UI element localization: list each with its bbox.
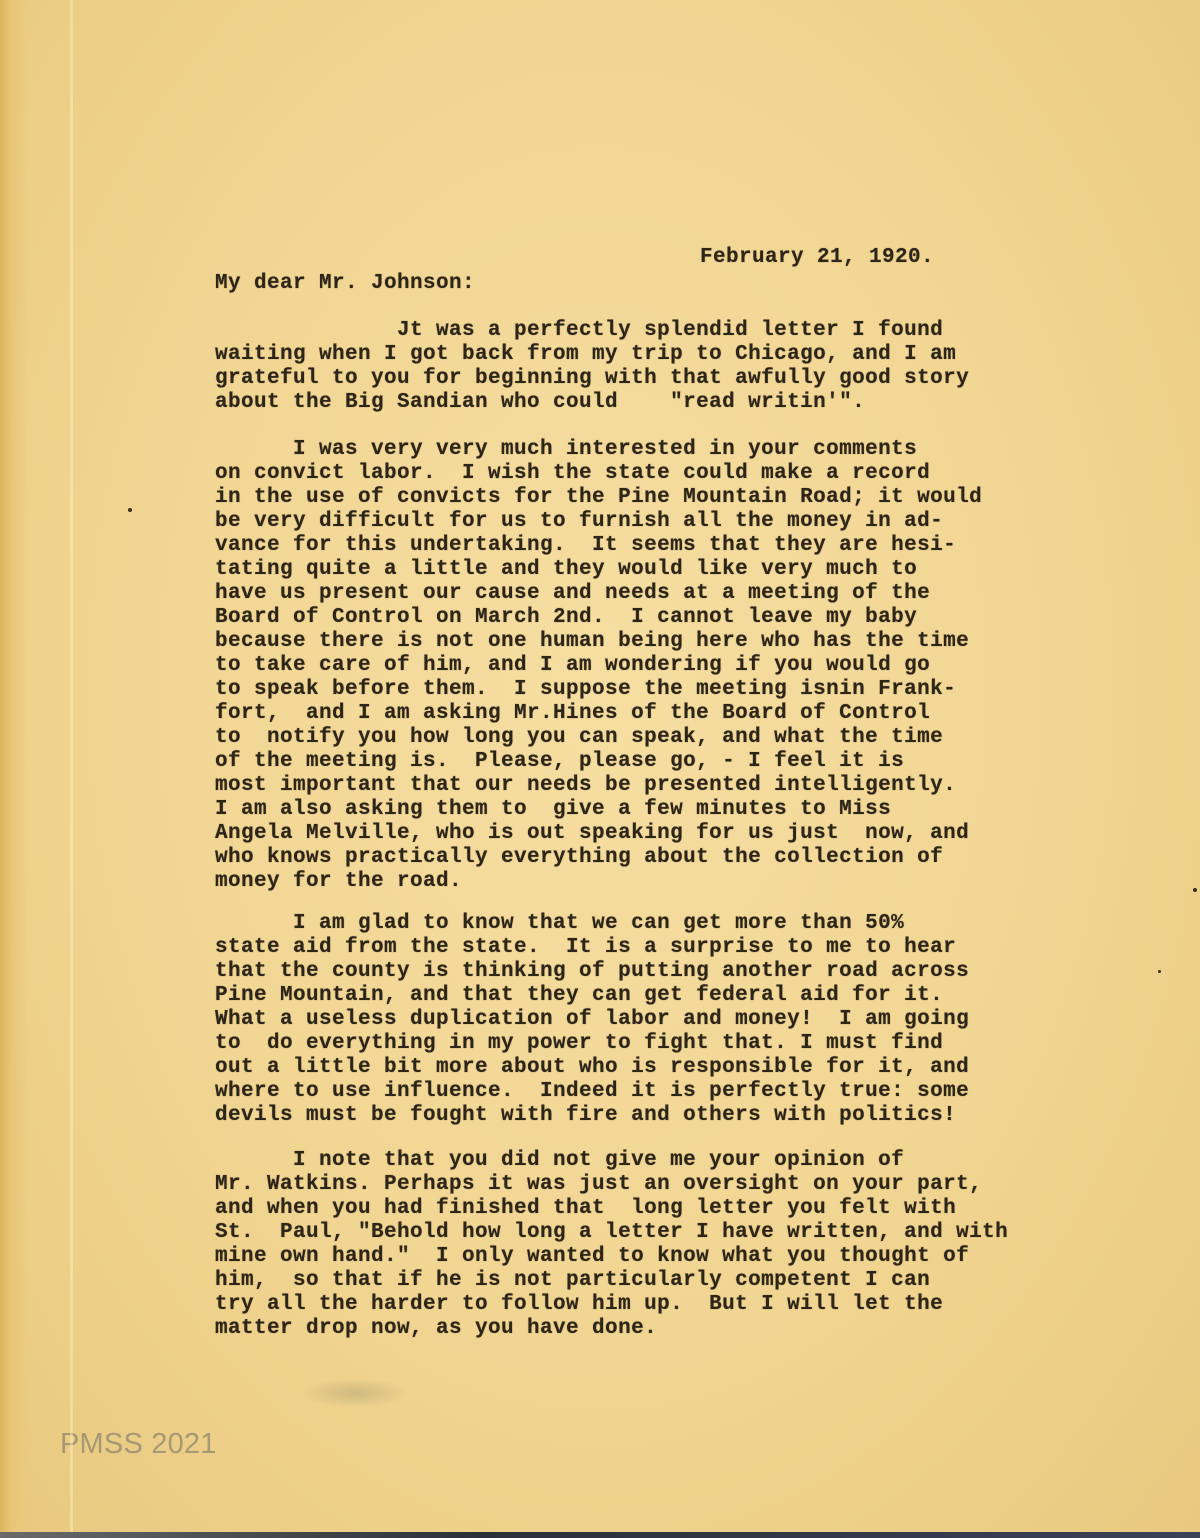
scan-bottom-edge [0, 1532, 1200, 1538]
text-line: him, so that if he is not particularly c… [215, 1270, 930, 1291]
text-line: because there is not one human being her… [215, 631, 969, 652]
paragraph-3: I am glad to know that we can get more t… [215, 913, 267, 1144]
text-line: fort, and I am asking Mr.Hines of the Bo… [215, 703, 930, 724]
text-line: in the use of convicts for the Pine Moun… [215, 487, 982, 508]
paragraph-1: Jt was a perfectly splendid letter I fou… [215, 320, 267, 446]
text-line: St. Paul, "Behold how long a letter I ha… [215, 1222, 1008, 1243]
text-line: What a useless duplication of labor and … [215, 1009, 969, 1030]
text-line: Angela Melville, who is out speaking for… [215, 823, 969, 844]
paper-speck [1158, 970, 1161, 973]
text-line: I am glad to know that we can get more t… [215, 913, 904, 934]
archive-watermark: PMSS 2021 [60, 1428, 217, 1461]
text-line: Board of Control on March 2nd. I cannot … [215, 607, 917, 628]
text-line: of the meeting is. Please, please go, - … [215, 751, 904, 772]
text-line: out a little bit more about who is respo… [215, 1057, 969, 1078]
text-line: most important that our needs be present… [215, 775, 956, 796]
ink-smudge [300, 1378, 410, 1408]
text-line: I note that you did not give me your opi… [215, 1150, 904, 1171]
text-line: I was very very much interested in your … [215, 439, 917, 460]
text-line: where to use influence. Indeed it is per… [215, 1081, 969, 1102]
paragraph-2: I was very very much interested in your … [215, 439, 267, 880]
text-line: to speak before them. I suppose the meet… [215, 679, 956, 700]
text-line: tating quite a little and they would lik… [215, 559, 917, 580]
text-line: who knows practically everything about t… [215, 847, 943, 868]
text-line: mine own hand." I only wanted to know wh… [215, 1246, 969, 1267]
text-line: state aid from the state. It is a surpri… [215, 937, 956, 958]
text-line: vance for this undertaking. It seems tha… [215, 535, 956, 556]
text-line: about the Big Sandian who could "read wr… [215, 392, 865, 413]
text-line: Jt was a perfectly splendid letter I fou… [215, 320, 943, 341]
text-line: matter drop now, as you have done. [215, 1318, 657, 1339]
letter-paper: February 21, 1920. My dear Mr. Johnson: … [0, 0, 1200, 1532]
text-line: on convict labor. I wish the state could… [215, 463, 930, 484]
text-line: to do everything in my power to fight th… [215, 1033, 943, 1054]
text-line: devils must be fought with fire and othe… [215, 1105, 956, 1126]
text-line: Mr. Watkins. Perhaps it was just an over… [215, 1174, 982, 1195]
text-line: I am also asking them to give a few minu… [215, 799, 891, 820]
text-line: that the county is thinking of putting a… [215, 961, 969, 982]
text-line: to notify you how long you can speak, an… [215, 727, 943, 748]
text-line: to take care of him, and I am wondering … [215, 655, 930, 676]
text-line: waiting when I got back from my trip to … [215, 344, 956, 365]
paper-speck [1193, 888, 1197, 892]
text-line: have us present our cause and needs at a… [215, 583, 930, 604]
text-line: grateful to you for beginning with that … [215, 368, 969, 389]
salutation: My dear Mr. Johnson: [215, 273, 475, 294]
text-line: be very difficult for us to furnish all … [215, 511, 943, 532]
paper-speck [128, 508, 132, 512]
paragraph-4: I note that you did not give me your opi… [215, 1150, 267, 1360]
letter-date: February 21, 1920. [700, 247, 934, 268]
text-line: Pine Mountain, and that they can get fed… [215, 985, 943, 1006]
text-line: try all the harder to follow him up. But… [215, 1294, 943, 1315]
text-line: money for the road. [215, 871, 462, 892]
text-line: and when you had finished that long lett… [215, 1198, 956, 1219]
